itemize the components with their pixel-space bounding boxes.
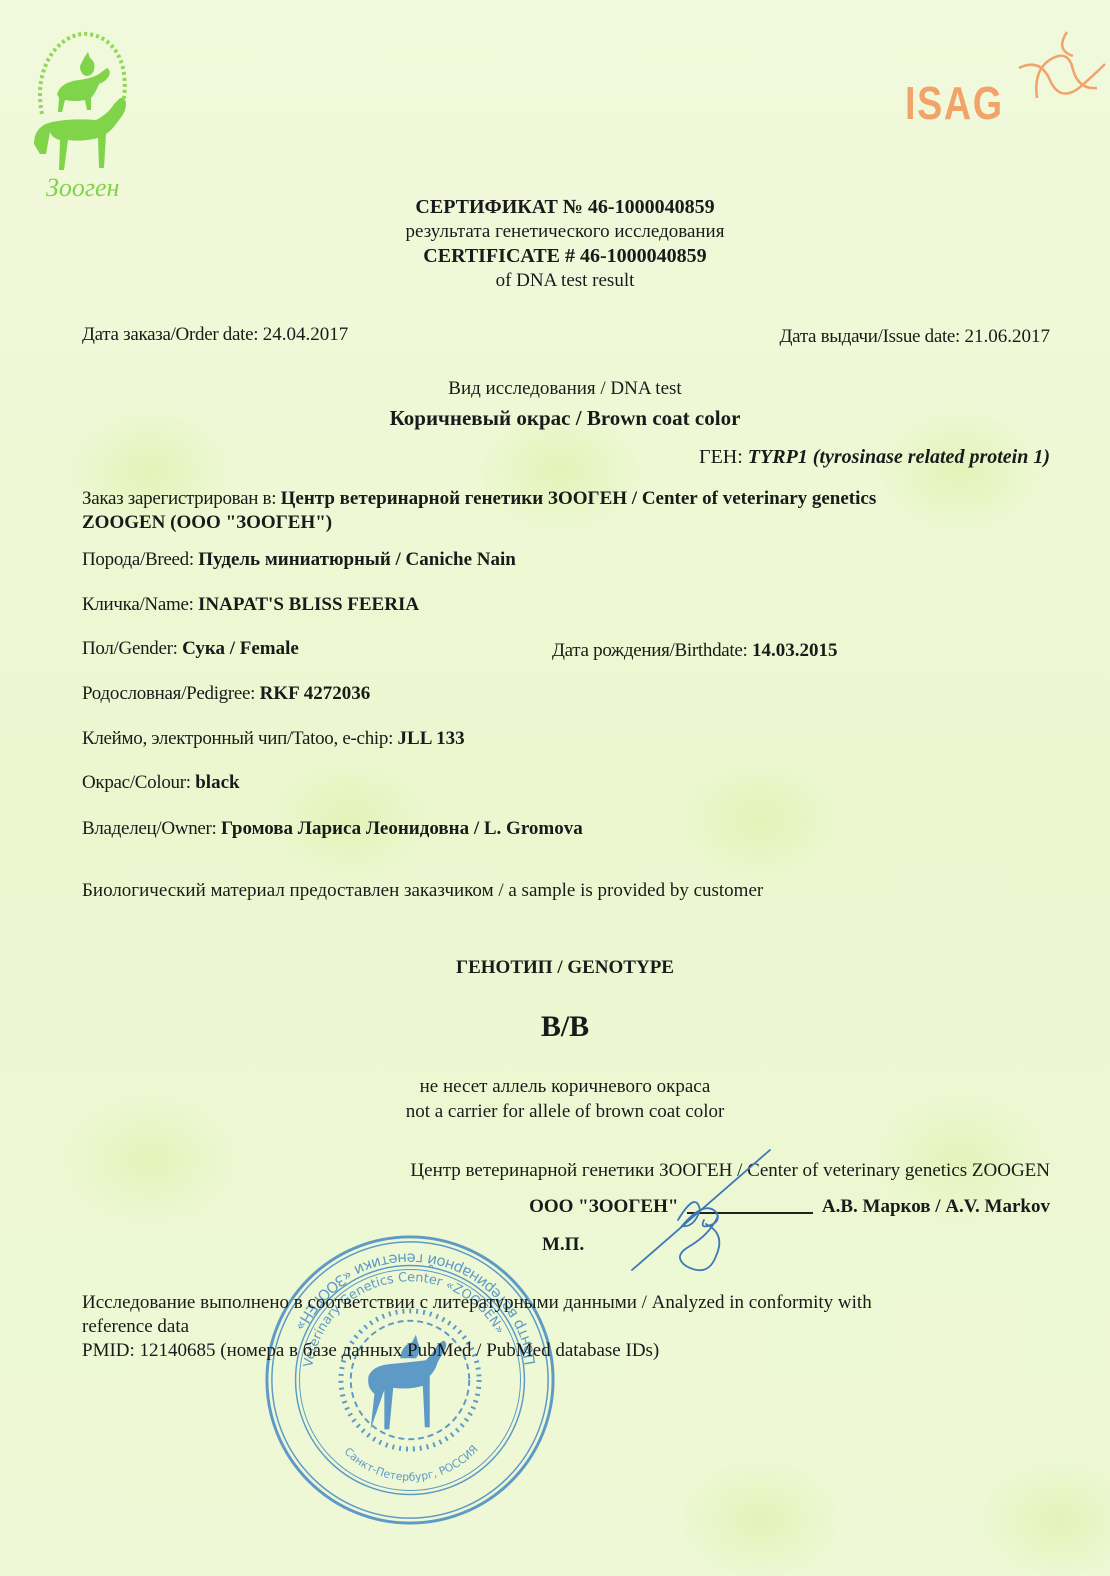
certificate-subtitle-ru: результата генетического исследования (0, 221, 1110, 243)
field-colour: Окрас/Colour: black (82, 772, 240, 794)
dna-test-label: Вид исследования / DNA test (0, 378, 1110, 400)
issue-date: Дата выдачи/Issue date: 21.06.2017 (780, 326, 1050, 348)
isag-logo-text: ISAG (905, 76, 1004, 130)
field-gender: Пол/Gender: Сука / Female (82, 638, 299, 660)
genotype-heading: ГЕНОТИП / GENOTYPE (0, 957, 1110, 979)
certificate-title-ru: СЕРТИФИКАТ № 46-1000040859 (0, 196, 1110, 219)
field-owner: Владелец/Owner: Громова Лариса Леонидовн… (82, 818, 583, 840)
zoogen-stamp-icon: Центр ветеринарной генетики «ЗООГЕН» Vet… (262, 1232, 558, 1528)
signature-line: ООО "ЗООГЕН" А.В. Марков / A.V. Markov (529, 1196, 1050, 1218)
field-breed: Порода/Breed: Пудель миниатюрный / Canic… (82, 549, 516, 571)
dna-test-name: Коричневый окрас / Brown coat color (0, 406, 1110, 431)
certificate-subtitle-en: of DNA test result (0, 270, 1110, 292)
signature-signer: А.В. Марков / A.V. Markov (822, 1196, 1050, 1217)
gene: ГЕН: TYRP1 (tyrosinase related protein 1… (699, 446, 1050, 469)
pmid-reference: PMID: 12140685 (номера в базе данных Pub… (82, 1340, 659, 1362)
conformity-line-2: reference data (82, 1316, 189, 1338)
gene-value: TYRP1 (tyrosinase related protein 1) (748, 446, 1050, 468)
field-name: Кличка/Name: INAPAT'S BLISS FEERIA (82, 594, 419, 616)
interpretation-ru: не несет аллель коричневого окраса (0, 1076, 1110, 1098)
handwritten-signature-icon (620, 1140, 780, 1280)
interpretation-en: not a carrier for allele of brown coat c… (0, 1101, 1110, 1123)
field-pedigree: Родословная/Pedigree: RKF 4272036 (82, 683, 370, 705)
stamp-city-text: Санкт-Петербург, РОССИЯ (342, 1443, 481, 1484)
isag-logo: ISAG (905, 28, 1105, 128)
genotype-value: B/B (0, 1010, 1110, 1044)
field-registered-line2: ZOOGEN (ООО "ЗООГЕН") (82, 512, 332, 534)
order-date: Дата заказа/Order date: 24.04.2017 (82, 324, 348, 346)
field-chip: Клеймо, электронный чип/Tatoo, e-chip: J… (82, 728, 465, 750)
sample-note: Биологический материал предоставлен зака… (82, 880, 763, 902)
issue-date-value: 21.06.2017 (965, 326, 1051, 347)
field-birthdate: Дата рождения/Birthdate: 14.03.2015 (552, 640, 837, 662)
dna-helix-icon (1017, 28, 1107, 118)
order-date-value: 24.04.2017 (263, 324, 349, 345)
field-registered: Заказ зарегистрирован в: Центр ветеринар… (82, 488, 876, 510)
certificate-title-en: CERTIFICATE # 46-1000040859 (0, 245, 1110, 268)
zoogen-logo-icon: Зооген (22, 24, 142, 204)
conformity-line-1: Исследование выполнено в соответствии с … (82, 1292, 872, 1314)
